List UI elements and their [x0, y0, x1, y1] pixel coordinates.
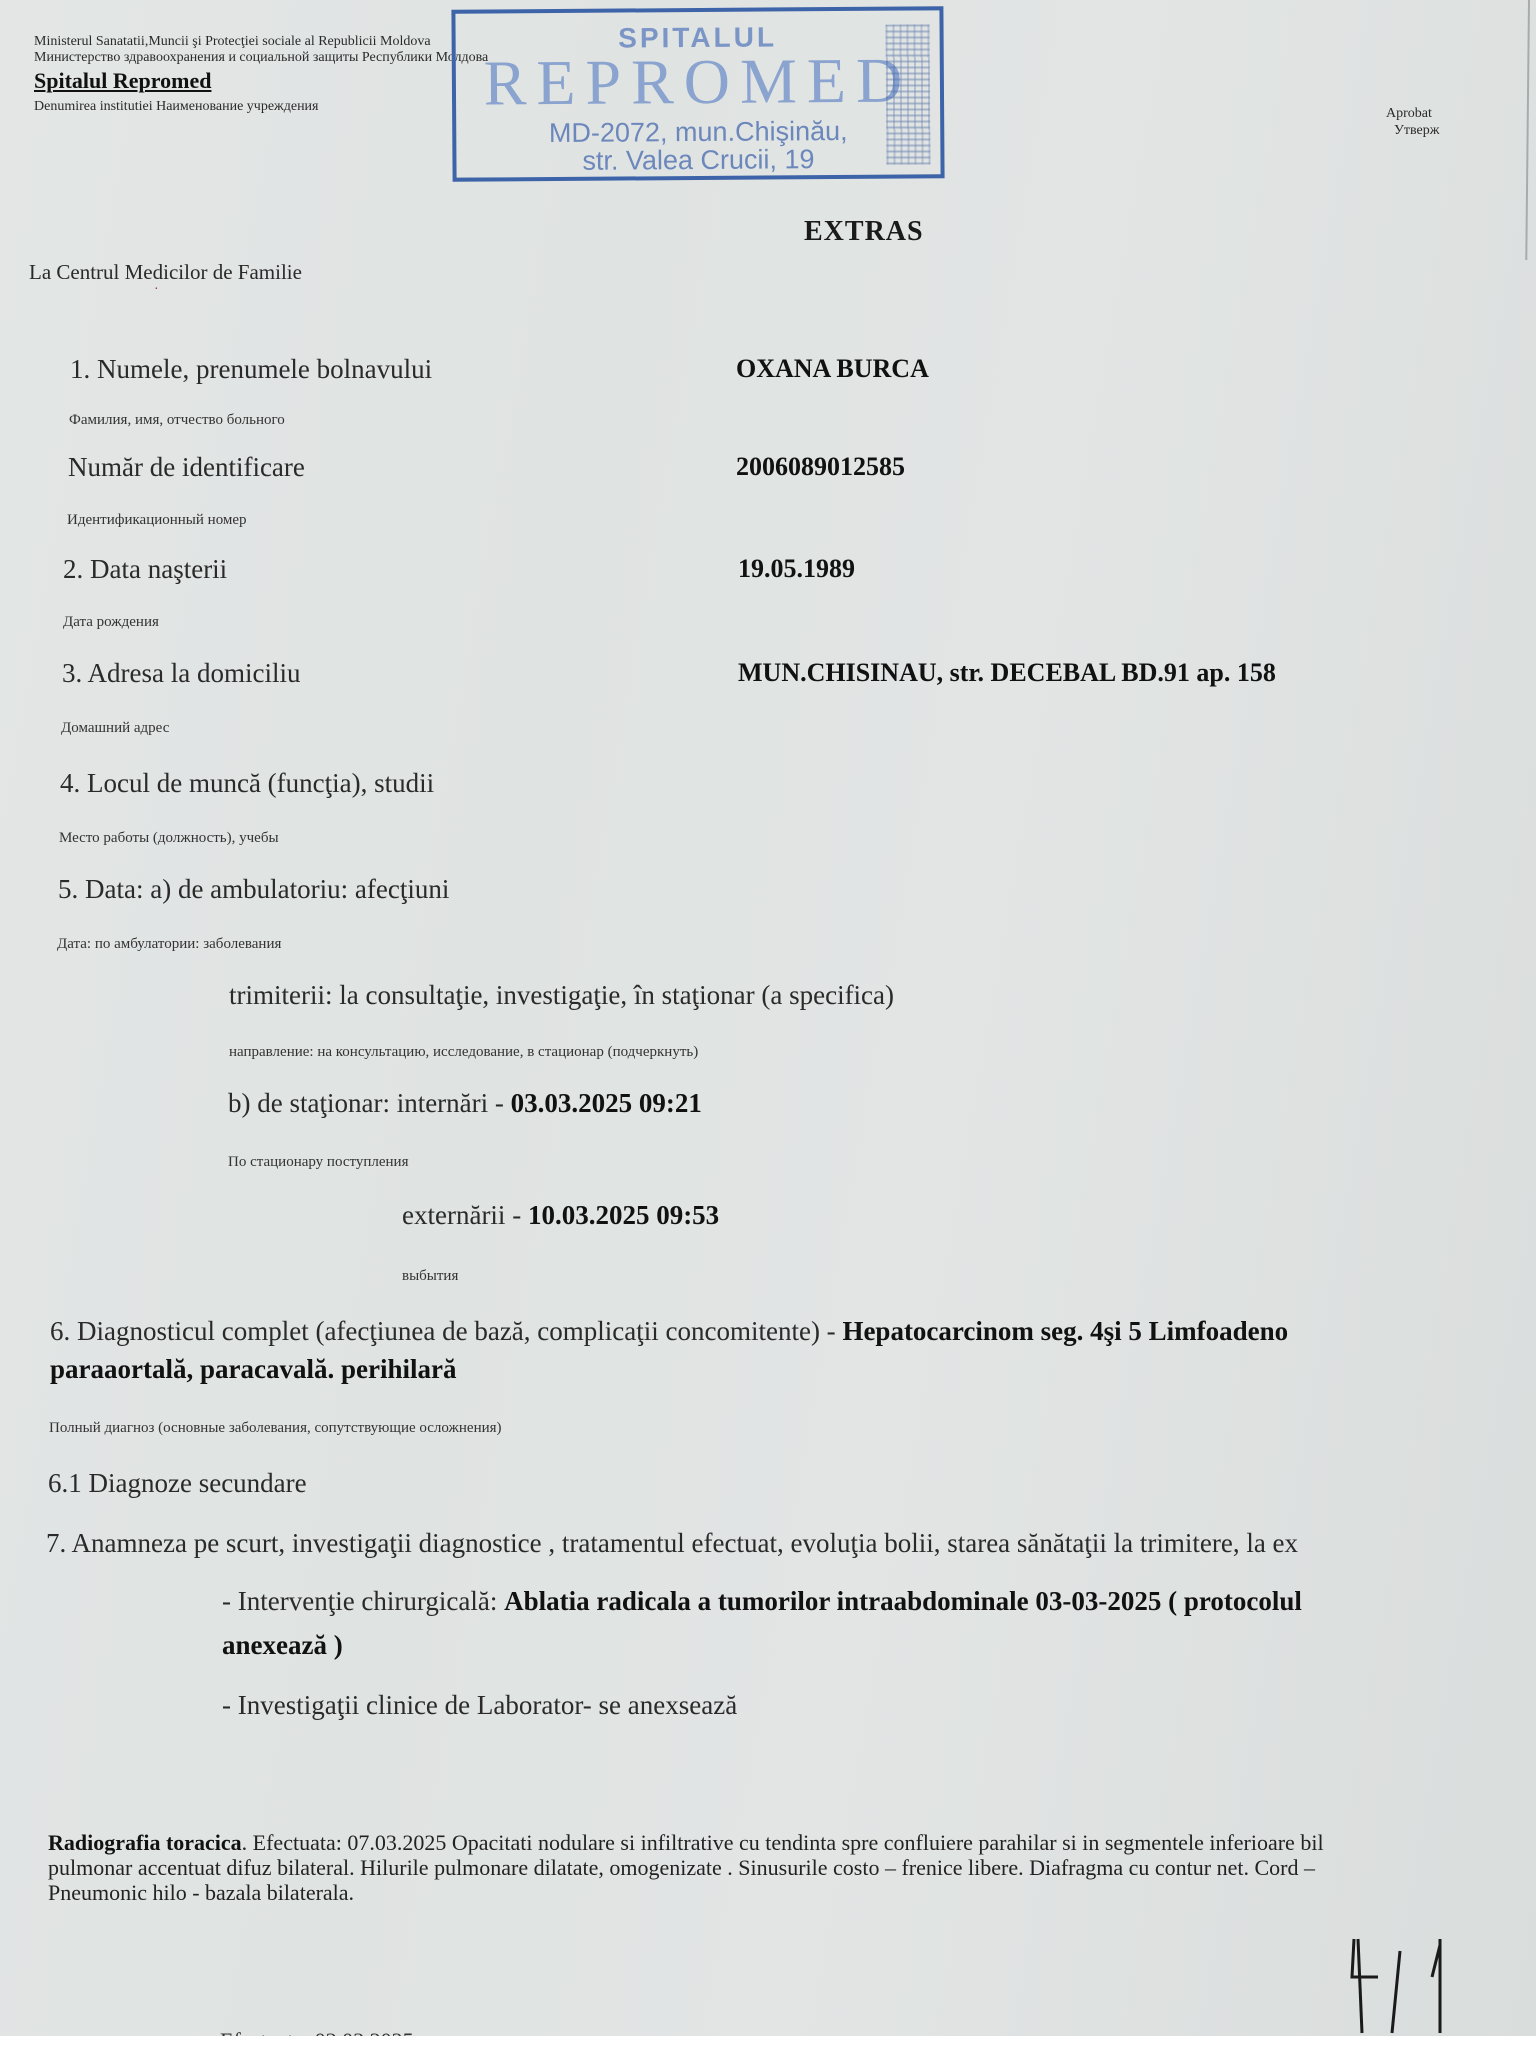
name-label: 1. Numele, prenumele bolnavului	[70, 354, 432, 385]
id-label: Număr de identificare	[68, 452, 305, 483]
birth-value: 19.05.1989	[738, 554, 855, 584]
diagnosis-label: 6. Diagnosticul complet (afecţiunea de b…	[50, 1316, 842, 1346]
diagnosis-value-2: paraaortală, paracavală. perihilară	[50, 1354, 456, 1385]
ministry-ro: Ministerul Sanatatii,Muncii şi Protecţie…	[34, 34, 431, 49]
birth-label: 2. Data naşterii	[63, 554, 227, 585]
name-value: OXANA BURCA	[736, 354, 929, 384]
hospital-name: Spitalul Repromed	[34, 68, 211, 94]
diagnosis-row: 6. Diagnosticul complet (afecţiunea de b…	[50, 1316, 1288, 1347]
admission-row: b) de staţionar: internări - 03.03.2025 …	[228, 1088, 702, 1119]
id-label-ru: Идентификационный номер	[67, 512, 247, 529]
image-bottom-edge	[0, 2036, 1536, 2048]
approved-ro: Aprobat	[1386, 106, 1432, 121]
address-value: MUN.CHISINAU, str. DECEBAL BD.91 ap. 158	[738, 658, 1276, 688]
surgery-value-cont: anexează )	[222, 1630, 343, 1661]
address-label: 3. Adresa la domiciliu	[62, 658, 300, 689]
work-label-ru: Место работы (должность), учебы	[59, 830, 279, 847]
institution-caption: Denumirea institutiei Наименование учреж…	[34, 99, 319, 114]
birth-label-ru: Дата рождения	[63, 614, 159, 631]
stamp-smudge	[886, 24, 931, 164]
ministry-ru: Министерство здравоохранения и социально…	[34, 50, 488, 65]
secondary-diagnosis-label: 6.1 Diagnoze secundare	[48, 1468, 307, 1499]
page-edge	[1525, 0, 1530, 260]
hospital-stamp: SPITALUL REPROMED MD-2072, mun.Chişinău,…	[451, 6, 944, 181]
radiography-line-2: pulmonar accentuat difuz bilateral. Hilu…	[48, 1855, 1315, 1880]
referrals-label: trimiterii: la consultaţie, investigaţie…	[229, 980, 894, 1011]
dates-label: 5. Data: a) de ambulatoriu: afecţiuni	[58, 874, 449, 905]
radiography-title: Radiografia toracica	[48, 1830, 242, 1855]
recipient: La Centrul Medicilor de Familie	[29, 260, 302, 285]
radiography-line-1: Radiografia toracica. Efectuata: 07.03.2…	[48, 1830, 1324, 1855]
admission-value: 03.03.2025 09:21	[511, 1088, 702, 1118]
name-label-ru: Фамилия, имя, отчество больного	[69, 412, 285, 429]
address-label-ru: Домашний адрес	[61, 720, 169, 737]
discharge-label: externării -	[402, 1200, 528, 1230]
work-label: 4. Locul de muncă (funcţia), studii	[60, 768, 434, 799]
discharge-value: 10.03.2025 09:53	[528, 1200, 719, 1230]
admission-label: b) de staţionar: internări -	[228, 1088, 511, 1118]
document-title: EXTRAS	[804, 216, 924, 248]
lab-investigations: - Investigaţii clinice de Laborator- se …	[222, 1690, 737, 1721]
surgery-row: - Intervenţie chirurgicală: Ablatia radi…	[222, 1586, 1302, 1617]
discharge-row: externării - 10.03.2025 09:53	[402, 1200, 719, 1231]
radiography-line-3: Pneumonic hilo - bazala bilaterala.	[48, 1880, 354, 1905]
handwritten-page-number	[1340, 1935, 1480, 2035]
id-value: 2006089012585	[736, 452, 905, 482]
surgery-label: - Intervenţie chirurgicală:	[222, 1586, 504, 1616]
stamp-line-2: REPROMED	[456, 50, 940, 113]
diagnosis-value-1: Hepatocarcinom seg. 4şi 5 Limfoadeno	[842, 1316, 1288, 1346]
radiography-text-1: . Efectuata: 07.03.2025 Opacitati nodula…	[242, 1830, 1324, 1855]
diagnosis-label-ru: Полный диагноз (основные заболевания, со…	[49, 1420, 502, 1437]
stamp-line-3: MD-2072, mun.Chişinău,	[456, 116, 940, 147]
anamnesis-label: 7. Anamneza pe scurt, investigaţii diagn…	[46, 1528, 1298, 1559]
surgery-value: Ablatia radicala a tumorilor intraabdomi…	[504, 1586, 1302, 1616]
discharge-label-ru: выбытия	[402, 1268, 458, 1285]
referrals-label-ru: направление: на консультацию, исследован…	[229, 1044, 698, 1061]
ink-mark: ·	[154, 282, 159, 298]
stamp-line-4: str. Valea Crucii, 19	[456, 144, 940, 175]
dates-label-ru: Дата: по амбулатории: заболевания	[57, 936, 281, 953]
admission-label-ru: По стационару поступления	[228, 1154, 408, 1171]
approved-ru: Утверж	[1394, 123, 1439, 138]
